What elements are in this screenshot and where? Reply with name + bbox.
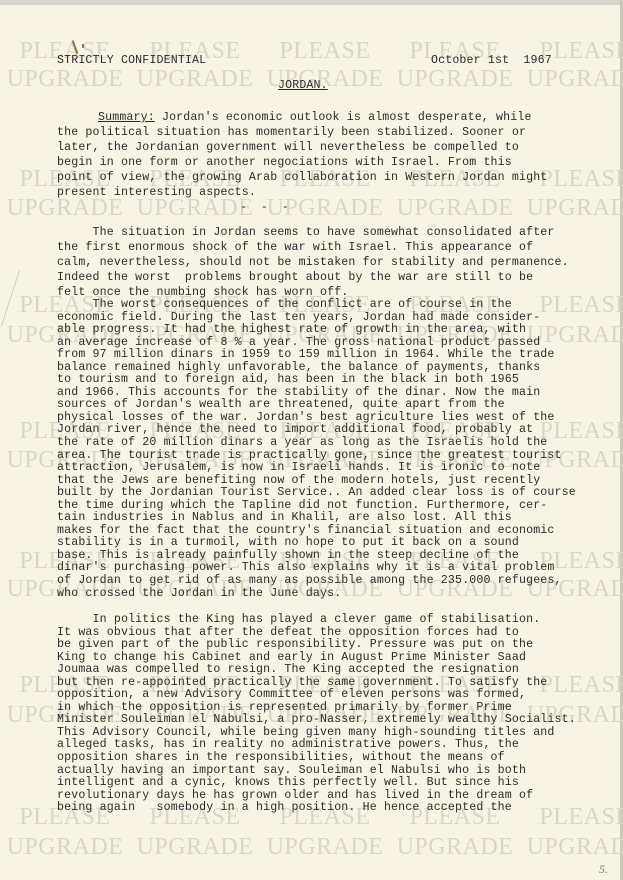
ink-mark [82, 44, 84, 48]
paragraph-line: that the Jews are benefiting now of the … [57, 474, 540, 487]
summary-line: point of view, the growing Arab collabor… [57, 171, 547, 184]
paragraph-line: economic field. During the last ten year… [57, 311, 540, 324]
paragraph-line: In politics the King has played a clever… [57, 613, 540, 626]
paragraph-line: Minister Souleiman el Nabulsi, a pro-Nas… [57, 713, 576, 726]
summary-line: Jordan's economic outlook is almost desp… [155, 111, 532, 124]
paragraph-line: physical losses of the war. Jordan's bes… [57, 411, 555, 424]
paragraph-line: Indeed the worst problems brought about … [57, 271, 533, 284]
summary-line: begin in one form or another negociation… [57, 156, 512, 169]
paragraph-line: to tourism and to foreign aid, has been … [57, 373, 519, 386]
paragraph-line: sources of Jordan's wealth are threatene… [57, 398, 505, 411]
document-page: STRICTLY CONFIDENTIAL October 1st 1967 J… [0, 0, 623, 880]
paragraph-line: being again somebody in a high position.… [57, 801, 512, 814]
document-title: JORDAN. [278, 80, 328, 92]
page-number: 5. [599, 862, 608, 877]
paragraph-line: base. This is already painfully shown in… [57, 549, 519, 562]
paragraph-line: stability is in a turmoil, with no hope … [57, 536, 519, 549]
paragraph-line: of Jordan to get rid of as many as possi… [57, 574, 562, 587]
paragraph-line: tain industries in Nablus and in Khalil,… [57, 511, 512, 524]
paragraph-line: calm, nevertheless, should not be mistak… [57, 256, 569, 269]
summary-label: Summary: [98, 111, 155, 124]
paragraph-line: King to change his Cabinet and early in … [57, 651, 526, 664]
pencil-mark [1, 269, 20, 326]
paragraph-line: Jordan river, hence the need to import a… [57, 423, 533, 436]
paragraph-line: and 1966. This accounts for the stabilit… [57, 386, 540, 399]
paragraph-2: The worst consequences of the conflict a… [57, 299, 617, 600]
paragraph-line: alleged tasks, has in reality no adminis… [57, 738, 519, 751]
paragraph-line: The situation in Jordan seems to have so… [57, 226, 555, 239]
paragraph-3: In politics the King has played a clever… [57, 614, 617, 815]
summary-line: later, the Jordanian government will nev… [57, 141, 519, 154]
summary-line: the political situation has momentarily … [57, 126, 526, 139]
paragraph-line: actually having an important say. Soulei… [57, 764, 526, 777]
paragraph-line: from 97 million dinars in 1959 to 159 mi… [57, 348, 555, 361]
paragraph-line: in which the opposition is represented p… [57, 701, 512, 714]
paragraph-line: the time during which the Tapline did no… [57, 499, 547, 512]
paragraph-line: an average increase of 8 % a year. The g… [57, 336, 540, 349]
paragraph-line: revolutionary days he has grown older an… [57, 789, 533, 802]
section-separator: - - - [240, 201, 289, 214]
summary-line: present interesting aspects. [57, 186, 256, 199]
paragraph-line: It was obvious that after the defeat the… [57, 626, 519, 639]
paragraph-line: dinar's purchasing power. This also expl… [57, 561, 555, 574]
paragraph-line: built by the Jordanian Tourist Service..… [57, 486, 576, 499]
classification-label: STRICTLY CONFIDENTIAL [57, 55, 206, 67]
paragraph-line: the first enormous shock of the war with… [57, 241, 533, 254]
paragraph-line: but then re-appointed practically the sa… [57, 676, 547, 689]
paragraph-line: attraction, Jerusalem, is now in Israeli… [57, 461, 540, 474]
paragraph-line: who crossed the Jordan in the June days. [57, 587, 341, 600]
paragraph-line: balance remained highly unfavorable, the… [57, 361, 540, 374]
paragraph-line: This Advisory Council, while being given… [57, 726, 555, 739]
paragraph-line: makes for the fact that the country's fi… [57, 524, 555, 537]
paragraph-line: opposition shares in the responsibilitie… [57, 751, 505, 764]
document-date: October 1st 1967 [431, 55, 552, 67]
paragraph-line: The worst consequences of the conflict a… [57, 298, 512, 311]
paragraph-line: intelligent and a cynic, knows this perf… [57, 776, 519, 789]
ink-mark [72, 40, 79, 54]
paragraph-line: be given part of the public responsibili… [57, 638, 533, 651]
summary-first-line: Summary: Jordan's economic outlook is al… [57, 111, 532, 124]
paragraph-line: area. The tourist trade is practically g… [57, 449, 562, 462]
paragraph-line: the rate of 20 million dinars a year as … [57, 436, 547, 449]
paragraph-line: able progress. It had the highest rate o… [57, 323, 526, 336]
paragraph-1: The situation in Jordan seems to have so… [57, 225, 617, 300]
paragraph-line: opposition, a new Advisory Committee of … [57, 688, 526, 701]
paragraph-line: Joumaa was compelled to resign. The King… [57, 663, 519, 676]
summary-paragraph: Summary: Jordan's economic outlook is al… [57, 110, 617, 201]
